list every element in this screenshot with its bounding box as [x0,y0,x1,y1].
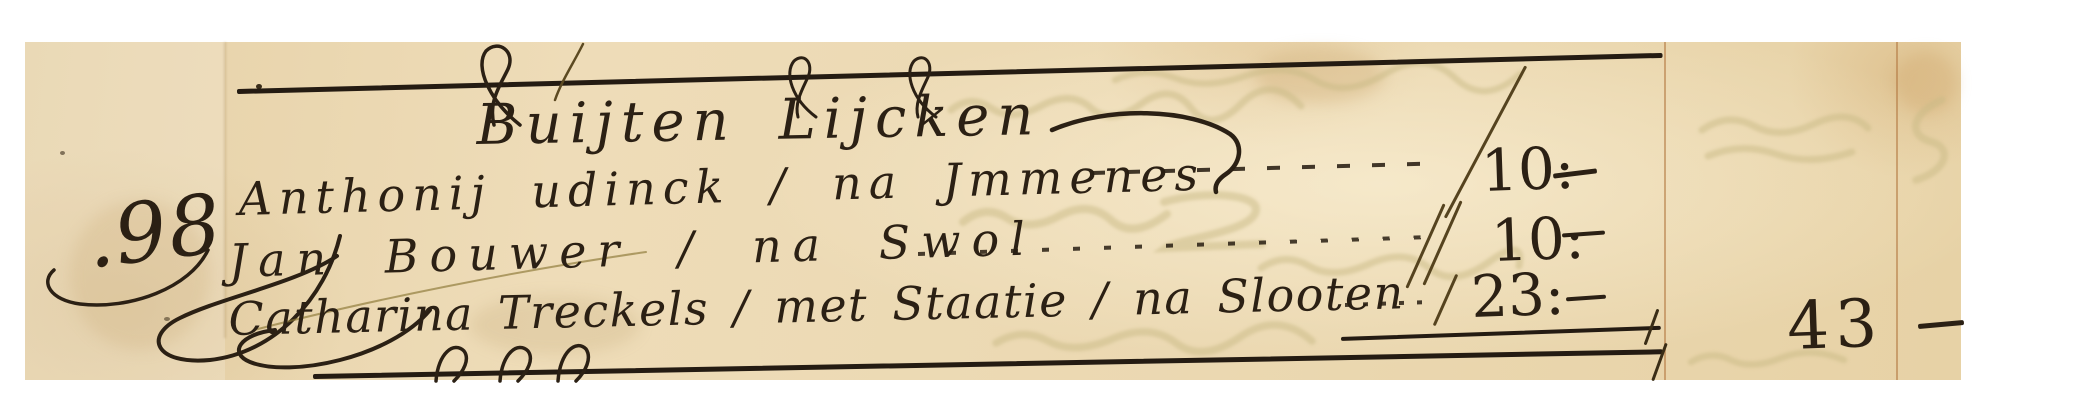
bleedthrough-mark [1692,104,1877,174]
ink-speck [60,151,65,155]
bleedthrough-mark [1898,92,1958,187]
ink-flourish-bottom [552,339,596,381]
amount-3: 23: [1470,265,1565,326]
section-title: Buijten Lijcken [476,88,1042,154]
manuscript-scan: Buijten Lijcken .98 Anthonij udinck / na… [0,0,2080,410]
ink-flourish-bottom [494,341,538,381]
ink-flourish-bottom [430,341,474,381]
column-rule-total [1896,42,1898,380]
column-rule-amounts [1664,42,1666,380]
total-amount: 43 [1786,291,1884,360]
amount-1: 10: [1480,139,1575,200]
